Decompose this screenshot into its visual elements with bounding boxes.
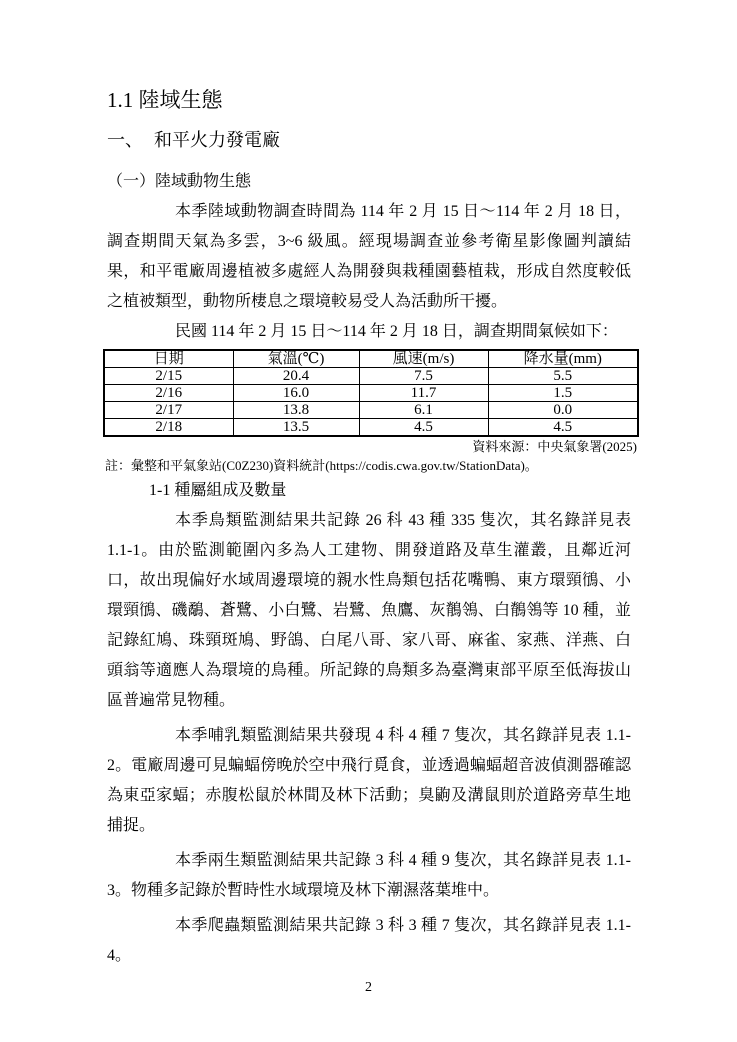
section-title: 1.1 陸域生態 bbox=[107, 88, 631, 112]
cell-precipitation: 0.0 bbox=[488, 402, 638, 419]
weather-table-header-row: 日期 氣溫(℃) 風速(m/s) 降水量(mm) bbox=[104, 350, 638, 368]
cell-precipitation: 5.5 bbox=[488, 368, 638, 385]
heading-title: 和平火力發電廠 bbox=[154, 130, 280, 150]
col-header-wind-speed: 風速(m/s) bbox=[359, 350, 488, 368]
paragraph-amphibians: 本季兩生類監測結果共記錄 3 科 4 種 9 隻次，其名錄詳見表 1.1-3。物… bbox=[107, 846, 631, 906]
paragraph-reptiles: 本季爬蟲類監測結果共記錄 3 科 3 種 7 隻次，其名錄詳見表 1.1-4。 bbox=[107, 911, 631, 971]
cell-precipitation: 4.5 bbox=[488, 419, 638, 437]
cell-date: 2/18 bbox=[104, 419, 233, 437]
heading-number: 一、 bbox=[107, 129, 154, 151]
col-header-date: 日期 bbox=[104, 350, 233, 368]
col-header-temperature: 氣溫(℃) bbox=[233, 350, 359, 368]
cell-temperature: 20.4 bbox=[233, 368, 359, 385]
paragraph-birds: 本季鳥類監測結果共記錄 26 科 43 種 335 隻次，其名錄詳見表 1.1-… bbox=[107, 506, 631, 716]
weather-table: 日期 氣溫(℃) 風速(m/s) 降水量(mm) 2/15 20.4 7.5 5… bbox=[103, 349, 639, 437]
paragraph-survey-period: 本季陸域動物調查時間為 114 年 2 月 15 日～114 年 2 月 18 … bbox=[107, 197, 631, 317]
cell-date: 2/15 bbox=[104, 368, 233, 385]
cell-wind-speed: 11.7 bbox=[359, 385, 488, 402]
table-source: 資料來源：中央氣象署(2025) bbox=[103, 439, 637, 455]
cell-date: 2/16 bbox=[104, 385, 233, 402]
table-row: 2/17 13.8 6.1 0.0 bbox=[104, 402, 638, 419]
cell-temperature: 13.8 bbox=[233, 402, 359, 419]
cell-date: 2/17 bbox=[104, 402, 233, 419]
document-page: 1.1 陸域生態 一、和平火力發電廠 （一）陸域動物生態 本季陸域動物調查時間為… bbox=[0, 0, 737, 1042]
cell-temperature: 13.5 bbox=[233, 419, 359, 437]
cell-wind-speed: 4.5 bbox=[359, 419, 488, 437]
paragraph-mammals: 本季哺乳類監測結果共發現 4 科 4 種 7 隻次，其名錄詳見表 1.1-2。電… bbox=[107, 721, 631, 841]
table-note: 註：彙整和平氣象站(C0Z230)資料統計(https://codis.cwa.… bbox=[105, 458, 631, 474]
subsection-title: 1-1 種屬組成及數量 bbox=[107, 476, 631, 506]
table-row: 2/15 20.4 7.5 5.5 bbox=[104, 368, 638, 385]
table-row: 2/16 16.0 11.7 1.5 bbox=[104, 385, 638, 402]
subheading-terrestrial-fauna: （一）陸域動物生態 bbox=[107, 172, 631, 192]
heading-hoping-power-plant: 一、和平火力發電廠 bbox=[107, 129, 631, 151]
cell-wind-speed: 6.1 bbox=[359, 402, 488, 419]
paragraph-weather-intro: 民國 114 年 2 月 15 日～114 年 2 月 18 日，調查期間氣候如… bbox=[107, 317, 631, 347]
cell-temperature: 16.0 bbox=[233, 385, 359, 402]
cell-wind-speed: 7.5 bbox=[359, 368, 488, 385]
cell-precipitation: 1.5 bbox=[488, 385, 638, 402]
col-header-precipitation: 降水量(mm) bbox=[488, 350, 638, 368]
table-row: 2/18 13.5 4.5 4.5 bbox=[104, 419, 638, 437]
page-number: 2 bbox=[0, 980, 737, 996]
